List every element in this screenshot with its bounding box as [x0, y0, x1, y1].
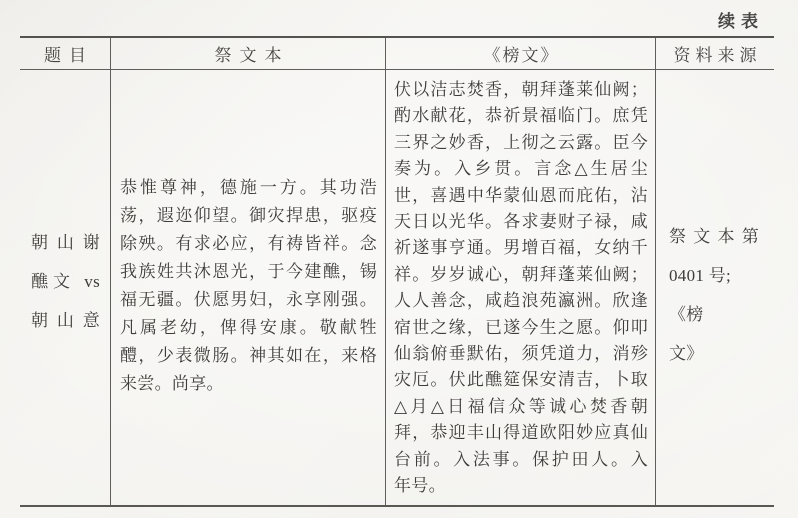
- column-header-bangwen: 《榜文》: [385, 38, 655, 70]
- text-line: 台前。入法事。保护田人。入: [394, 447, 648, 473]
- text-line: 0401 号;《榜: [669, 256, 759, 334]
- text-line: 奏为。入乡贯。言念△生居尘: [394, 156, 648, 182]
- text-line: 三界之妙香，上彻之云露。臣今: [394, 130, 648, 156]
- text-line: 荡，遐迩仰望。御灾捍患，驱疫: [120, 202, 377, 230]
- text-line: 福无疆。伏愿男妇，永享刚强。: [120, 286, 377, 314]
- text-line: 宿世之缘，已遂今生之愿。仰叩: [394, 315, 648, 341]
- table-cell-source: 祭文本第 0401 号;《榜 文》: [655, 70, 774, 505]
- text-line: 恭惟尊神，德施一方。其功浩: [120, 174, 377, 202]
- column-header-jiwen: 祭文本: [110, 38, 385, 70]
- scanned-document-page: 续表 题目 祭文本 《榜文》 资料来源 朝山谢 醮文 vs 朝山意 恭惟尊神，德…: [0, 0, 798, 518]
- text-line: 朝山谢: [31, 223, 100, 262]
- table-cell-bangwen: 伏以洁志焚香，朝拜蓬莱仙阙； 酌水献花，恭祈景福临门。庶凭 三界之妙香，上彻之云…: [385, 70, 655, 505]
- text-line: 仙翁俯垂默佑，须凭道力，消殄: [394, 341, 648, 367]
- text-line: 年号。: [394, 473, 648, 499]
- text-line: 祭文本第: [669, 217, 759, 256]
- column-header-title: 题目: [20, 38, 110, 70]
- data-table: 题目 祭文本 《榜文》 资料来源 朝山谢 醮文 vs 朝山意 恭惟尊神，德施一方…: [20, 36, 774, 507]
- column-header-source: 资料来源: [655, 38, 774, 70]
- continued-table-label: 续表: [718, 7, 764, 32]
- text-line: 人人善念，咸趋浪苑瀛洲。欣逢: [394, 288, 648, 314]
- text-line: △月△日福信众等诚心焚香朝: [394, 394, 648, 420]
- text-line: 我族姓共沐恩光，于今建醮，锡: [120, 258, 377, 286]
- text-line: 文》: [669, 334, 759, 373]
- text-line: 凡属老幼，俾得安康。敬献牲: [120, 314, 377, 342]
- text-line: 醴，少表微肠。神其如在，来格: [120, 342, 377, 370]
- text-line: 醮文 vs: [31, 262, 100, 301]
- text-line: 世，喜遇中华蒙仙恩而庇佑，沾: [394, 183, 648, 209]
- text-line: 朝山意: [31, 301, 100, 340]
- text-line: 除殃。有求必应，有祷皆祥。念: [120, 230, 377, 258]
- text-line: 灾厄。伏此醮筵保安清吉，卜取: [394, 367, 648, 393]
- text-line: 祥。岁岁诚心，朝拜蓬莱仙阙；: [394, 262, 648, 288]
- text-line: 酌水献花，恭祈景福临门。庶凭: [394, 103, 648, 129]
- text-line: 来尝。尚享。: [120, 370, 377, 398]
- text-line: 天日以光华。各求妻财子禄，咸: [394, 209, 648, 235]
- table-cell-jiwen: 恭惟尊神，德施一方。其功浩 荡，遐迩仰望。御灾捍患，驱疫 除殃。有求必应，有祷皆…: [110, 70, 385, 505]
- text-line: 伏以洁志焚香，朝拜蓬莱仙阙；: [394, 77, 648, 103]
- text-line: 祈遂事亨通。男增百福，女纳千: [394, 235, 648, 261]
- text-line: 拜，恭迎丰山得道欧阳妙应真仙: [394, 420, 648, 446]
- table-cell-title: 朝山谢 醮文 vs 朝山意: [20, 70, 110, 505]
